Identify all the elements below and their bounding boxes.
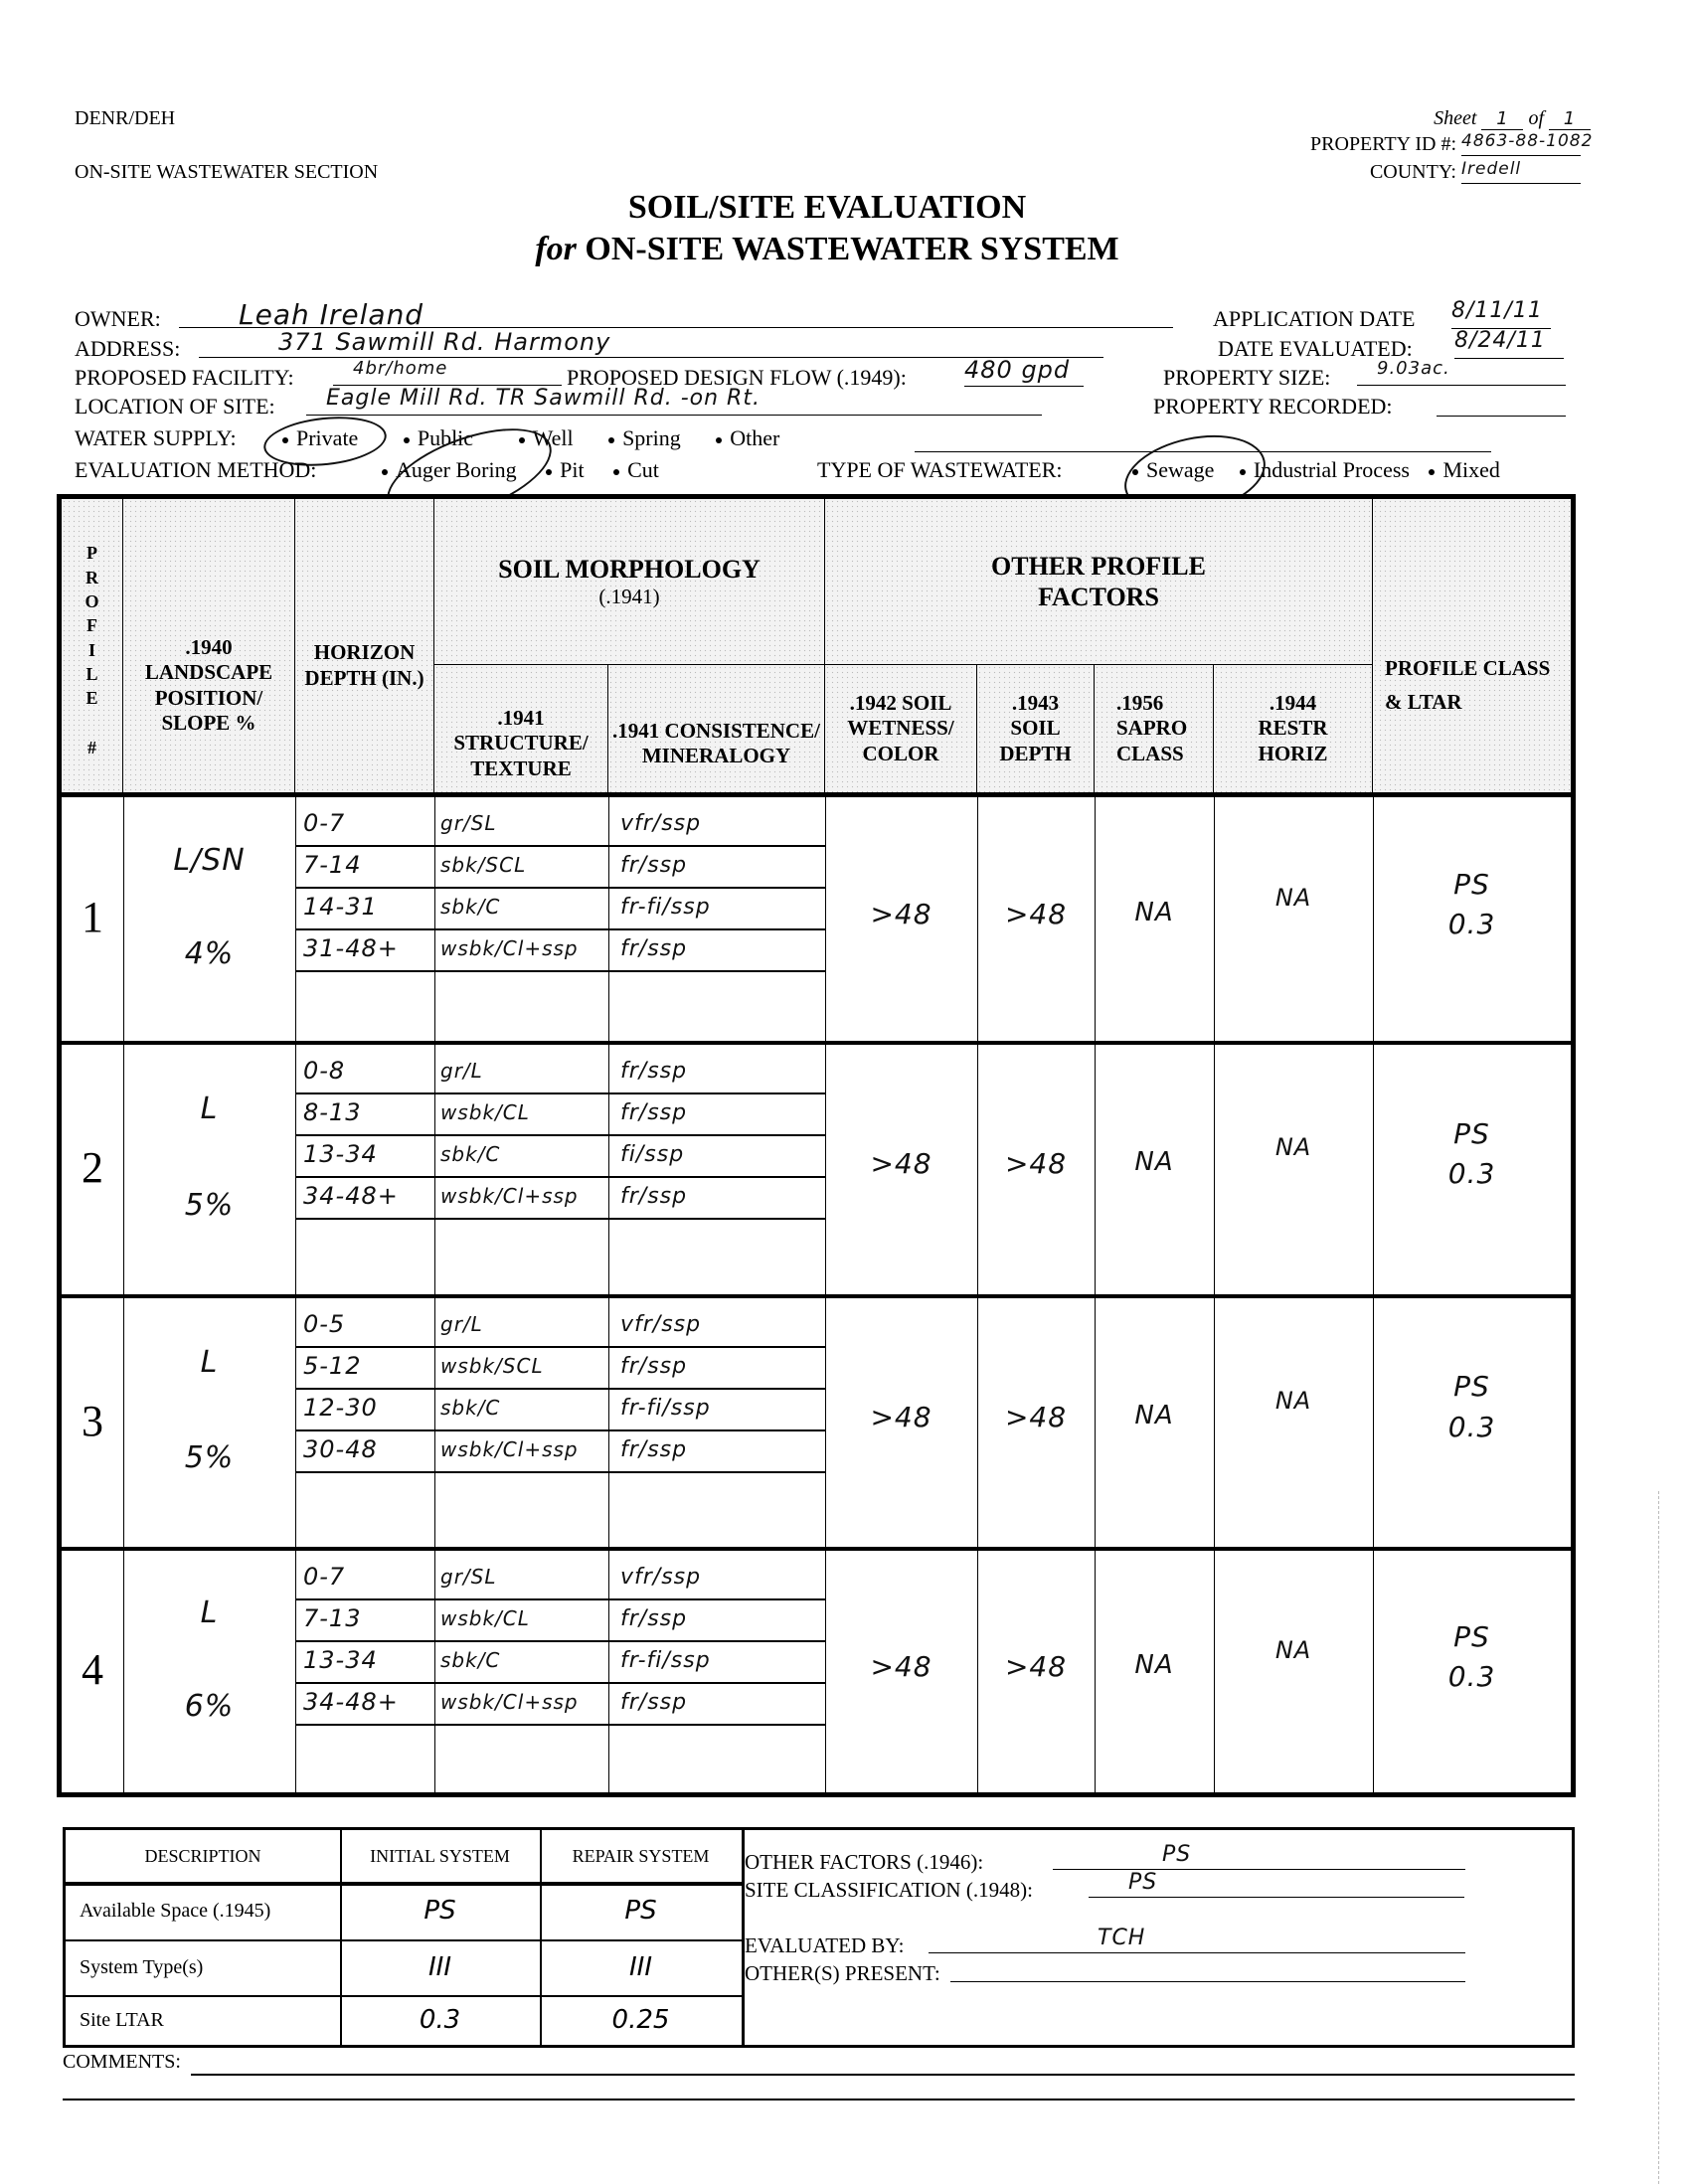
of-label: of (1528, 107, 1544, 129)
column-divider (123, 793, 124, 1041)
header-profile-number: PROFILE# (62, 499, 123, 793)
sapro-class[interactable]: NA (1095, 1650, 1214, 1680)
comments-label: COMMENTS: (63, 2051, 181, 2074)
consistence-mineralogy[interactable]: fr/ssp (620, 1606, 819, 1631)
sapro-class[interactable]: NA (1095, 1147, 1214, 1177)
summary-repair-value[interactable]: III (540, 1939, 742, 1995)
site-classification-label: SITE CLASSIFICATION (.1948): (745, 1878, 1033, 1903)
sheet-label: Sheet (1434, 107, 1476, 129)
structure-texture[interactable]: sbk/C (440, 895, 604, 919)
profile-number: 1 (62, 793, 123, 1041)
header-other-profile-factors: OTHER PROFILE FACTORS (825, 499, 1373, 665)
horizon-depth[interactable]: 12-30 (303, 1394, 427, 1422)
eval-method-cut[interactable]: Cut (627, 457, 659, 482)
structure-texture[interactable]: wsbk/SCL (440, 1354, 604, 1378)
column-divider (295, 1294, 296, 1547)
profile-group: 1L/SN4%0-7gr/SLvfr/ssp7-14sbk/SCLfr/ssp1… (62, 793, 1571, 1041)
profile-number: 4 (62, 1547, 123, 1792)
horizon-depth[interactable]: 34-48+ (303, 1688, 427, 1716)
water-supply-private[interactable]: Private (296, 425, 358, 450)
consistence-mineralogy[interactable]: fr/ssp (620, 1184, 819, 1209)
date-evaluated-field[interactable]: 8/24/11 (1454, 328, 1564, 359)
structure-texture[interactable]: wsbk/Cl+ssp (440, 1184, 604, 1208)
consistence-mineralogy[interactable]: vfr/ssp (620, 1312, 819, 1337)
site-classification-field[interactable]: PS (1089, 1870, 1464, 1898)
header-restr: .1944 RESTR HORIZ (1214, 665, 1373, 793)
structure-texture[interactable]: wsbk/Cl+ssp (440, 1437, 604, 1461)
property-recorded-field[interactable] (1437, 390, 1566, 417)
column-divider (295, 793, 296, 1041)
column-divider (434, 1294, 435, 1547)
summary-row-label: Site LTAR (66, 1995, 340, 2045)
profile-separator (62, 1041, 1571, 1045)
column-divider (608, 1547, 609, 1792)
form-title: SOIL/SITE EVALUATION (0, 189, 1654, 227)
slope-percent[interactable]: 6% (123, 1689, 295, 1724)
location-field[interactable]: Eagle Mill Rd. TR Sawmill Rd. -on Rt. (306, 386, 1042, 416)
soil-depth[interactable]: >48 (977, 1650, 1095, 1683)
proposed-facility-label: PROPOSED FACILITY: (75, 365, 294, 391)
summary-header-description: DESCRIPTION (66, 1830, 340, 1882)
form-subtitle-for: for (535, 231, 577, 267)
slope-percent[interactable]: 5% (123, 1188, 295, 1223)
radio-bullet-icon (1132, 469, 1138, 475)
horizon-depth[interactable]: 8-13 (303, 1098, 427, 1126)
other-factors-field[interactable]: PS (1053, 1842, 1465, 1870)
water-supply-options: Private Public Well Spring Other (268, 425, 779, 451)
other-factors-label: OTHER FACTORS (.1946): (745, 1850, 983, 1875)
header-structure: .1941 STRUCTURE/ TEXTURE (434, 665, 608, 793)
header-consistence: .1941 CONSISTENCE/ MINERALOGY (608, 665, 825, 793)
property-size-field[interactable]: 9.03ac. (1357, 358, 1566, 386)
address-label: ADDRESS: (75, 336, 180, 362)
wastewater-type-label: TYPE OF WASTEWATER: (817, 457, 1063, 483)
radio-bullet-icon (382, 469, 388, 475)
summary-row-label: System Type(s) (66, 1939, 340, 1995)
profile-table: PROFILE# .1940 LANDSCAPE POSITION/ SLOPE… (57, 494, 1576, 1797)
radio-bullet-icon (608, 437, 614, 443)
column-divider (608, 1041, 609, 1294)
evaluated-by-label: EVALUATED BY: (745, 1933, 904, 1958)
summary-row-label: Available Space (.1945) (66, 1882, 340, 1939)
column-divider (434, 1041, 435, 1294)
header-horizon-depth: HORIZON DEPTH (IN.) (295, 499, 434, 793)
landscape-position[interactable]: L/SN (123, 843, 295, 878)
wastewater-mixed[interactable]: Mixed (1442, 457, 1499, 482)
structure-texture[interactable]: gr/SL (440, 811, 604, 835)
application-date-field[interactable]: 8/11/11 (1451, 298, 1551, 329)
slope-percent[interactable]: 5% (123, 1440, 295, 1475)
consistence-mineralogy[interactable]: fr-fi/ssp (620, 1396, 819, 1421)
design-flow-field[interactable]: 480 gpd (964, 356, 1084, 387)
landscape-position[interactable]: L (123, 1596, 295, 1630)
header-sapro: .1956 SAPRO CLASS (1095, 665, 1214, 793)
horizon-row-line (295, 928, 825, 930)
profile-group: 2L5%0-8gr/Lfr/ssp8-13wsbk/CLfr/ssp13-34s… (62, 1041, 1571, 1294)
horizon-depth[interactable]: 0-5 (303, 1310, 427, 1338)
header-profile-text: PROFILE# (85, 541, 99, 759)
column-divider (434, 793, 435, 1041)
summary-initial-value[interactable]: III (340, 1939, 540, 1995)
structure-texture[interactable]: sbk/C (440, 1142, 604, 1166)
eval-method-pit[interactable]: Pit (560, 457, 584, 482)
others-present-field[interactable] (950, 1953, 1465, 1982)
wastewater-type-options: Sewage Industrial Process Mixed (1118, 457, 1500, 483)
horizon-row-line (295, 1346, 825, 1348)
profile-separator (62, 793, 1571, 797)
radio-bullet-icon (546, 469, 552, 475)
eval-method-options: Auger Boring Pit Cut (368, 457, 659, 483)
profile-group: 4L6%0-7gr/SLvfr/ssp7-13wsbk/CLfr/ssp13-3… (62, 1547, 1571, 1792)
consistence-mineralogy[interactable]: fi/ssp (620, 1142, 819, 1167)
horizon-row-line (295, 887, 825, 889)
agency-label: DENR/DEH (75, 107, 175, 130)
profile-ltar[interactable]: 0.3 (1373, 908, 1571, 940)
soil-depth[interactable]: >48 (977, 898, 1095, 930)
comments-field[interactable] (191, 2052, 1575, 2076)
profile-group: 3L5%0-5gr/Lvfr/ssp5-12wsbk/SCLfr/ssp12-3… (62, 1294, 1571, 1547)
sapro-class[interactable]: NA (1095, 898, 1214, 927)
column-divider (1214, 1547, 1215, 1792)
soil-depth[interactable]: >48 (977, 1401, 1095, 1433)
wastewater-industrial[interactable]: Industrial Process (1254, 457, 1410, 482)
horizon-row-line (295, 1471, 825, 1473)
structure-texture[interactable]: sbk/C (440, 1648, 604, 1672)
structure-texture[interactable]: sbk/SCL (440, 853, 604, 877)
horizon-row-line (295, 1134, 825, 1136)
horizon-depth[interactable]: 5-12 (303, 1352, 427, 1380)
structure-texture[interactable]: gr/L (440, 1312, 604, 1336)
horizon-row-line (295, 970, 825, 972)
water-supply-label: WATER SUPPLY: (75, 425, 237, 451)
profile-class[interactable]: PS (1373, 1117, 1571, 1150)
consistence-mineralogy[interactable]: fr/ssp (620, 936, 819, 961)
consistence-mineralogy[interactable]: fr/ssp (620, 853, 819, 878)
form-subtitle: for ON-SITE WASTEWATER SYSTEM (0, 231, 1654, 268)
slope-percent[interactable]: 4% (123, 936, 295, 971)
column-divider (123, 1547, 124, 1792)
property-id-field[interactable]: 4863-88-1082 (1461, 131, 1581, 156)
soil-morphology-title: SOIL MORPHOLOGY (498, 554, 761, 585)
column-divider (123, 1041, 124, 1294)
soil-wetness[interactable]: >48 (825, 1401, 977, 1433)
address-field[interactable]: 371 Sawmill Rd. Harmony (199, 328, 1103, 358)
column-divider (608, 793, 609, 1041)
consistence-mineralogy[interactable]: vfr/ssp (620, 1565, 819, 1590)
structure-texture[interactable]: gr/L (440, 1059, 604, 1083)
header-landscape: .1940 LANDSCAPE POSITION/ SLOPE % (123, 499, 295, 793)
consistence-mineralogy[interactable]: fr/ssp (620, 1100, 819, 1125)
column-divider (295, 1547, 296, 1792)
horizon-depth[interactable]: 13-34 (303, 1646, 427, 1674)
scan-edge (1658, 1491, 1659, 2184)
horizon-depth[interactable]: 31-48+ (303, 934, 427, 962)
landscape-position[interactable]: L (123, 1345, 295, 1380)
horizon-depth[interactable]: 30-48 (303, 1435, 427, 1463)
water-supply-well[interactable]: Well (533, 425, 574, 450)
restr-horiz[interactable]: NA (1214, 1387, 1373, 1415)
header-profile-class: PROFILE CLASS & LTAR (1373, 499, 1571, 793)
consistence-mineralogy[interactable]: fr-fi/ssp (620, 1648, 819, 1673)
horizon-depth[interactable]: 34-48+ (303, 1182, 427, 1210)
structure-texture[interactable]: wsbk/Cl+ssp (440, 1690, 604, 1714)
wastewater-sewage[interactable]: Sewage (1146, 457, 1214, 482)
others-present-label: OTHER(S) PRESENT: (745, 1961, 940, 1986)
eval-method-label: EVALUATION METHOD: (75, 457, 316, 483)
profile-class[interactable]: PS (1373, 1370, 1571, 1403)
radio-bullet-icon (1429, 469, 1435, 475)
proposed-facility-field[interactable]: 4br/home (333, 358, 562, 386)
horizon-row-line (295, 845, 825, 847)
horizon-depth[interactable]: 7-13 (303, 1604, 427, 1632)
horizon-depth[interactable]: 7-14 (303, 851, 427, 879)
county-label: COUNTY: (1193, 161, 1456, 184)
radio-bullet-icon (716, 437, 722, 443)
horizon-row-line (295, 1092, 825, 1094)
structure-texture[interactable]: wsbk/CL (440, 1100, 604, 1124)
consistence-mineralogy[interactable]: vfr/ssp (620, 811, 819, 836)
horizon-row-line (295, 1176, 825, 1178)
profile-separator (62, 1294, 1571, 1298)
radio-bullet-icon (519, 437, 525, 443)
restr-horiz[interactable]: NA (1214, 1636, 1373, 1664)
evaluated-by-field[interactable]: TCH (929, 1926, 1465, 1953)
water-supply-public[interactable]: Public (418, 425, 473, 450)
comments-line-2 (63, 2099, 1575, 2100)
sheet-indicator: Sheet 1 of 1 (1292, 107, 1591, 130)
property-id-label: PROPERTY ID #: (1193, 133, 1456, 156)
landscape-position[interactable]: L (123, 1092, 295, 1126)
location-label: LOCATION OF SITE: (75, 394, 275, 420)
property-recorded-label: PROPERTY RECORDED: (1153, 394, 1393, 420)
profile-number: 3 (62, 1294, 123, 1547)
structure-texture[interactable]: wsbk/Cl+ssp (440, 936, 604, 960)
soil-depth[interactable]: >48 (977, 1147, 1095, 1180)
soil-wetness[interactable]: >48 (825, 1147, 977, 1180)
profile-ltar[interactable]: 0.3 (1373, 1411, 1571, 1443)
header-soil-morphology: SOIL MORPHOLOGY (.1941) (434, 499, 825, 665)
column-divider (1214, 1041, 1215, 1294)
column-divider (434, 1547, 435, 1792)
restr-horiz[interactable]: NA (1214, 884, 1373, 912)
sheet-number-field[interactable]: 1 (1481, 108, 1523, 130)
profile-separator (62, 1547, 1571, 1551)
horizon-depth[interactable]: 13-34 (303, 1140, 427, 1168)
structure-texture[interactable]: wsbk/CL (440, 1606, 604, 1630)
structure-texture[interactable]: gr/SL (440, 1565, 604, 1589)
county-field[interactable]: Iredell (1461, 159, 1581, 184)
soil-wetness[interactable]: >48 (825, 898, 977, 930)
soil-wetness[interactable]: >48 (825, 1650, 977, 1683)
summary-initial-value[interactable]: 0.3 (340, 1995, 540, 2045)
eval-method-auger[interactable]: Auger Boring (396, 457, 517, 482)
radio-bullet-icon (404, 437, 410, 443)
horizon-depth[interactable]: 0-8 (303, 1057, 427, 1085)
profile-ltar[interactable]: 0.3 (1373, 1660, 1571, 1693)
consistence-mineralogy[interactable]: fr/ssp (620, 1690, 819, 1715)
horizon-row-line (295, 1388, 825, 1390)
column-divider (295, 1041, 296, 1294)
header-soil-depth: .1943 SOIL DEPTH (977, 665, 1095, 793)
consistence-mineralogy[interactable]: fr-fi/ssp (620, 895, 819, 920)
restr-horiz[interactable]: NA (1214, 1133, 1373, 1161)
consistence-mineralogy[interactable]: fr/ssp (620, 1437, 819, 1462)
sheet-total-field[interactable]: 1 (1549, 108, 1591, 130)
profile-class[interactable]: PS (1373, 868, 1571, 901)
column-divider (1214, 793, 1215, 1041)
horizon-depth[interactable]: 0-7 (303, 1563, 427, 1591)
water-supply-other-field[interactable] (915, 433, 1491, 452)
horizon-row-line (295, 1598, 825, 1600)
summary-initial-value[interactable]: PS (340, 1882, 540, 1939)
application-date-label: APPLICATION DATE (1213, 306, 1416, 332)
summary-header-initial: INITIAL SYSTEM (340, 1830, 540, 1882)
owner-field[interactable]: Leah Ireland (179, 298, 1173, 328)
profile-class[interactable]: PS (1373, 1620, 1571, 1653)
sapro-class[interactable]: NA (1095, 1401, 1214, 1430)
structure-texture[interactable]: sbk/C (440, 1396, 604, 1420)
water-supply-spring[interactable]: Spring (622, 425, 681, 450)
consistence-mineralogy[interactable]: fr/ssp (620, 1059, 819, 1084)
horizon-row-line (295, 1218, 825, 1220)
horizon-row-line (295, 1640, 825, 1642)
header-wetness: .1942 SOIL WETNESS/ COLOR (825, 665, 977, 793)
profile-ltar[interactable]: 0.3 (1373, 1157, 1571, 1190)
summary-repair-value[interactable]: PS (540, 1882, 742, 1939)
radio-bullet-icon (613, 469, 619, 475)
consistence-mineralogy[interactable]: fr/ssp (620, 1354, 819, 1379)
owner-label: OWNER: (75, 306, 161, 332)
horizon-row-line (295, 1682, 825, 1684)
property-size-label: PROPERTY SIZE: (1163, 365, 1330, 391)
summary-repair-value[interactable]: 0.25 (540, 1995, 742, 2045)
column-divider (123, 1294, 124, 1547)
summary-header-repair: REPAIR SYSTEM (540, 1830, 742, 1882)
soil-morphology-rule: (.1941) (598, 585, 659, 609)
column-divider (608, 1294, 609, 1547)
section-label: ON-SITE WASTEWATER SECTION (75, 161, 378, 184)
radio-bullet-icon (282, 437, 288, 443)
profile-number: 2 (62, 1041, 123, 1294)
form-subtitle-text: ON-SITE WASTEWATER SYSTEM (585, 231, 1118, 267)
column-divider (1214, 1294, 1215, 1547)
radio-bullet-icon (1240, 469, 1246, 475)
water-supply-other[interactable]: Other (730, 425, 779, 450)
horizon-depth[interactable]: 0-7 (303, 809, 427, 837)
horizon-row-line (295, 1429, 825, 1431)
horizon-row-line (295, 1724, 825, 1726)
horizon-depth[interactable]: 14-31 (303, 893, 427, 921)
summary-box: DESCRIPTIONINITIAL SYSTEMREPAIR SYSTEMAv… (63, 1827, 1575, 2048)
